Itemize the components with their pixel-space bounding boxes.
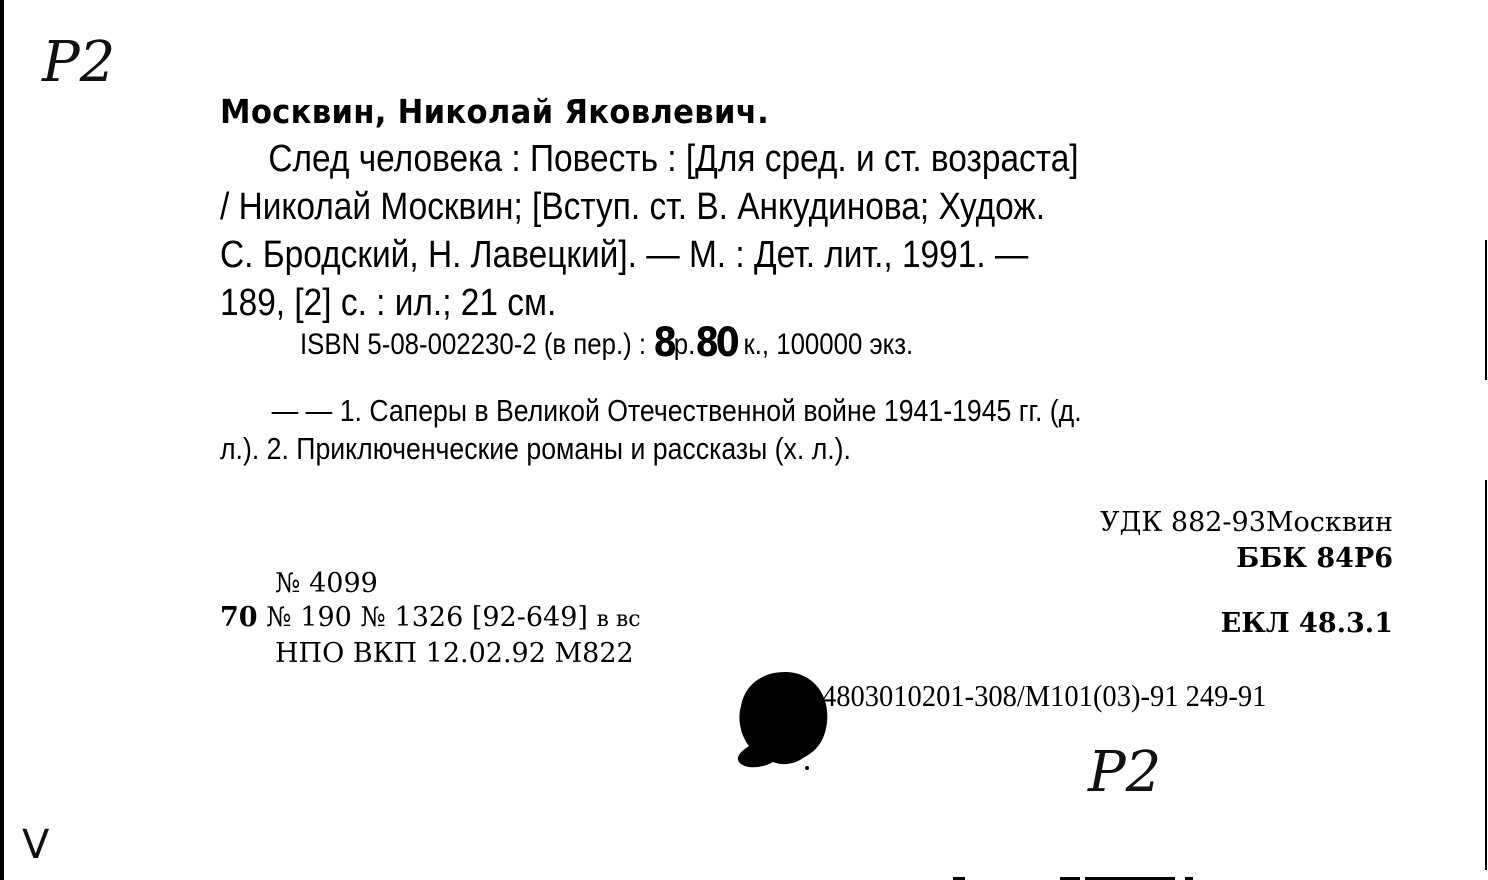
handwritten-check-mark: V	[22, 822, 49, 868]
isbn-text: ISBN 5-08-002230-2 (в пер.) :	[300, 328, 646, 361]
bibliographic-description: След человека : Повесть : [Для сред. и с…	[220, 135, 1390, 327]
catalog-code: 4803010201-308/М101(03)-91 249-91	[822, 678, 1266, 714]
isbn-line: ISBN 5-08-002230-2 (в пер.) : 8р.80 к., …	[300, 320, 913, 366]
classification-block: УДК 882-93Москвин ББК 84Р6	[1100, 505, 1393, 577]
card-right-edge	[1485, 240, 1487, 380]
handwritten-mark-bottom: Р2	[1088, 740, 1161, 805]
subject-line: л.). 2. Приключенческие романы и рассказ…	[220, 430, 1082, 468]
subject-line: — — 1. Саперы в Великой Отечественной во…	[220, 392, 1082, 430]
publisher-line: НПО ВКП 12.02.92 М822	[220, 637, 641, 671]
udk-code: УДК 882-93Москвин	[1100, 505, 1393, 541]
subject-headings: — — 1. Саперы в Великой Отечественной во…	[220, 392, 1082, 468]
card-right-edge	[1485, 480, 1487, 870]
description-line: С. Бродский, Н. Лавецкий]. — М. : Дет. л…	[220, 231, 1390, 279]
ink-blot-icon	[735, 670, 830, 770]
bbk-code: ББК 84Р6	[1100, 541, 1393, 577]
rubles-label: р.	[674, 328, 696, 361]
handwritten-mark-top-left: Р2	[42, 30, 115, 95]
description-line: / Николай Москвин; [Вступ. ст. В. Анкуди…	[220, 183, 1390, 231]
price-rubles: 8	[653, 320, 674, 366]
card-number: № 4099	[220, 567, 641, 601]
print-line: 70 № 190 № 1326 [92-649] в вс	[220, 601, 641, 637]
print-run: к., 100000 экз.	[743, 328, 913, 361]
description-line: След человека : Повесть : [Для сред. и с…	[220, 135, 1390, 183]
card-left-edge	[0, 0, 4, 880]
ekl-code: ЕКЛ 48.3.1	[1221, 608, 1393, 639]
author-heading: Москвин, Николай Яковлевич.	[220, 92, 769, 131]
price-kopecks: 80	[695, 320, 736, 366]
print-info: № 4099 70 № 190 № 1326 [92-649] в вс НПО…	[220, 567, 641, 671]
